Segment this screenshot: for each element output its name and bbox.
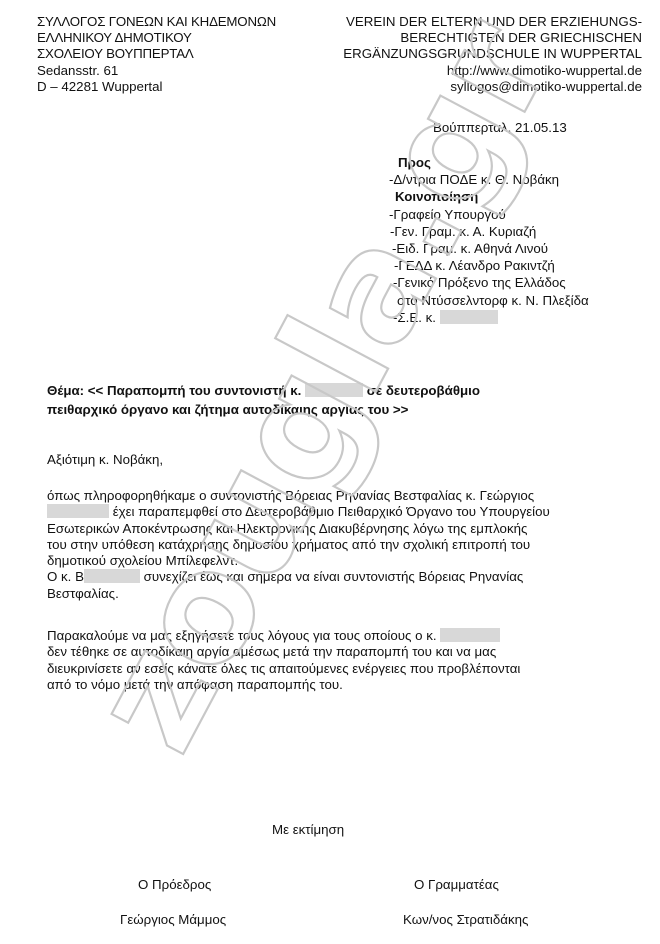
sender-greek-line: ΕΛΛΗΝΙΚΟΥ ΔΗΜΟΤΙΚΟΥ	[37, 30, 276, 46]
to-label: Προς	[389, 154, 589, 171]
body-line: διευκρινίσετε αν εσείς κάνατε όλες τις α…	[47, 661, 520, 677]
body-line: του στην υπόθεση κατάχρησης δημοσίου χρή…	[47, 537, 550, 553]
body-line: Βεστφαλίας.	[47, 586, 550, 602]
body-paragraph-1: όπως πληροφορηθήκαμε ο συντονιστής Βόρει…	[47, 488, 550, 602]
closing: Με εκτίμηση	[272, 822, 344, 837]
letter-date: Βούππερταλ, 21.05.13	[433, 120, 567, 135]
sender-email: syllogos@dimotiko-wuppertal.de	[343, 79, 642, 95]
redacted-name	[440, 628, 500, 642]
body-paragraph-2: Παρακαλούμε να μας εξηγήσετε τους λόγους…	[47, 628, 520, 693]
body-text: Ο κ. Β	[47, 569, 84, 584]
redacted-name	[305, 383, 363, 397]
sender-greek-line: ΣΧΟΛΕΙΟΥ ΒΟΥΠΠΕΡΤΑΛ	[37, 46, 276, 62]
signature-role-president: Ο Πρόεδρος	[138, 877, 211, 892]
sender-city: D – 42281 Wuppertal	[37, 79, 276, 95]
body-line: όπως πληροφορηθήκαμε ο συντονιστής Βόρει…	[47, 488, 550, 504]
cc-recipient: -ΓΕΔΔ κ. Λέανδρο Ρακιντζή	[389, 257, 589, 274]
subject-text: Θέμα: << Παραπομπή του συντονιστή κ.	[47, 383, 301, 398]
body-text: Παρακαλούμε να μας εξηγήσετε τους λόγους…	[47, 628, 437, 643]
body-line: Ο κ. Β συνεχίζει έως και σήμερα να είναι…	[47, 569, 550, 585]
subject-text: πειθαρχικό όργανο και ζήτημα αυτοδίκαιης…	[47, 401, 480, 420]
sender-german-line: ERGÄNZUNGSGRUNDSCHULE IN WUPPERTAL	[343, 46, 642, 62]
recipients-block: Προς -Δ/ντρια ΠΟΔΕ κ. Θ. Νοβάκη Κοινοποί…	[389, 154, 589, 326]
cc-recipient-text: -Σ.Ε. κ.	[393, 310, 436, 325]
sender-greek-header: ΣΥΛΛΟΓΟΣ ΓΟΝΕΩΝ ΚΑΙ ΚΗΔΕΜΟΝΩΝ ΕΛΛΗΝΙΚΟΥ …	[37, 14, 276, 95]
sender-greek-line: ΣΥΛΛΟΓΟΣ ΓΟΝΕΩΝ ΚΑΙ ΚΗΔΕΜΟΝΩΝ	[37, 14, 276, 30]
letter-page: ΣΥΛΛΟΓΟΣ ΓΟΝΕΩΝ ΚΑΙ ΚΗΔΕΜΟΝΩΝ ΕΛΛΗΝΙΚΟΥ …	[0, 0, 660, 944]
cc-label: Κοινοποίηση	[389, 188, 589, 205]
watermark: zougla.gr	[0, 0, 660, 944]
sender-german-header: VEREIN DER ELTERN UND DER ERZIEHUNGS- BE…	[343, 14, 642, 95]
body-line: δημοτικού σχολείου Μπίλεφελντ.	[47, 553, 550, 569]
to-recipient: -Δ/ντρια ΠΟΔΕ κ. Θ. Νοβάκη	[389, 171, 589, 188]
body-line: Παρακαλούμε να μας εξηγήσετε τους λόγους…	[47, 628, 520, 644]
body-text: έχει παραπεμφθεί στο Δευτεροβάθμιο Πειθα…	[113, 504, 550, 519]
sender-german-line: VEREIN DER ELTERN UND DER ERZIEHUNGS-	[343, 14, 642, 30]
sender-website: http://www.dimotiko-wuppertal.de	[343, 63, 642, 79]
cc-recipient: -Γεν. Γραμ. κ. Α. Κυριαζή	[389, 223, 589, 240]
redacted-name	[47, 504, 109, 518]
cc-recipient: -Σ.Ε. κ.	[389, 309, 589, 326]
body-text: συνεχίζει έως και σήμερα να είναι συντον…	[144, 569, 524, 584]
body-line: Εσωτερικών Αποκέντρωσης και Ηλεκτρονικής…	[47, 521, 550, 537]
redacted-name	[84, 569, 140, 583]
cc-recipient-continued: στο Ντύσσελντορφ κ. Ν. Πλεξίδα	[389, 292, 589, 309]
salutation: Αξιότιμη κ. Νοβάκη,	[47, 452, 163, 467]
redacted-name	[440, 310, 498, 324]
body-line: από το νόμο μετά την απόφαση παραπομπής …	[47, 677, 520, 693]
body-line: δεν τέθηκε σε αυτοδίκαιη αργία αμέσως με…	[47, 644, 520, 660]
signature-name-president: Γεώργιος Μάμμος	[120, 912, 226, 927]
cc-recipient: -Γραφείο Υπουργού	[389, 206, 589, 223]
sender-german-line: BERECHTIGTEN DER GRIECHISCHEN	[343, 30, 642, 46]
signature-name-secretary: Κων/νος Στρατιδάκης	[403, 912, 528, 927]
subject-text: σε δευτεροβάθμιο	[367, 383, 480, 398]
cc-recipient: -Ειδ. Γραμ. κ. Αθηνά Λινού	[389, 240, 589, 257]
signature-role-secretary: Ο Γραμματέας	[414, 877, 499, 892]
sender-street: Sedansstr. 61	[37, 63, 276, 79]
body-line: έχει παραπεμφθεί στο Δευτεροβάθμιο Πειθα…	[47, 504, 550, 520]
cc-recipient: -Γενικό Πρόξενο της Ελλάδος	[389, 274, 589, 291]
subject-line: Θέμα: << Παραπομπή του συντονιστή κ. σε …	[47, 382, 480, 419]
